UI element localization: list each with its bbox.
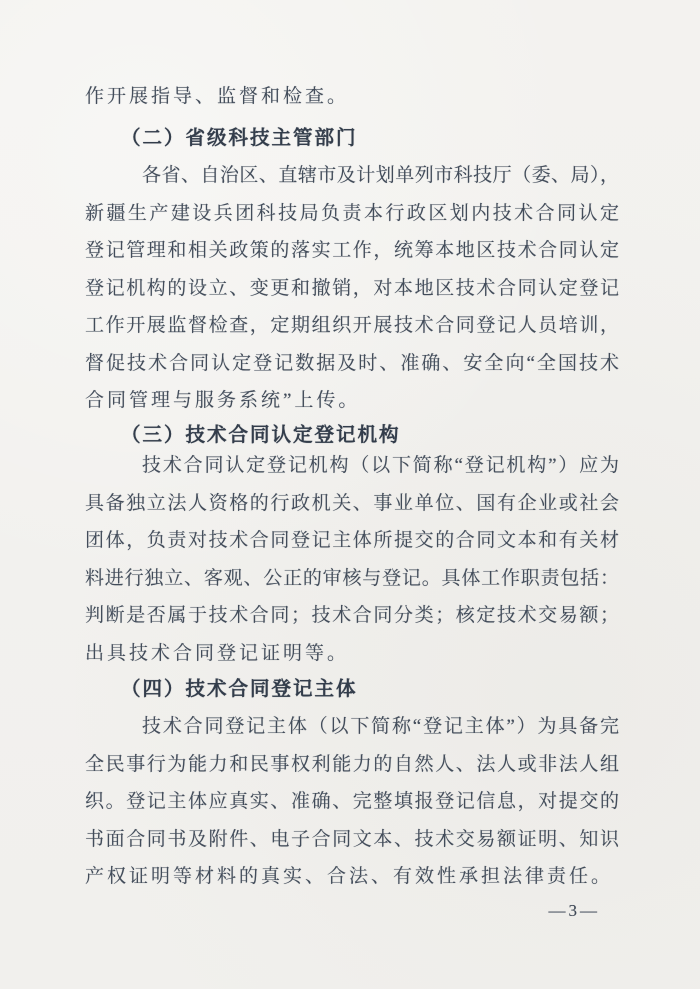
document-page: 作开展指导、监督和检查。 （二）省级科技主管部门 各省、自治区、直辖市及计划单列… <box>0 0 700 989</box>
paragraph-line: 全民事行为能力和民事权利能力的自然人、法人或非法人组 <box>85 752 619 778</box>
paragraph-line: 具备独立法人资格的行政机关、事业单位、国有企业或社会 <box>85 491 619 517</box>
paragraph-line: 技术合同认定登记机构（以下简称“登记机构”）应为 <box>85 453 619 479</box>
paragraph-line: 料进行独立、客观、公正的审核与登记。具体工作职责包括： <box>85 566 619 592</box>
paragraph-line: 技术合同登记主体（以下简称“登记主体”）为具备完 <box>85 714 619 740</box>
section-heading-4: （四）技术合同登记主体 <box>121 677 621 703</box>
paragraph-line: 登记机构的设立、变更和撤销，对本地区技术合同认定登记 <box>85 276 619 302</box>
paragraph-line: 织。登记主体应真实、准确、完整填报登记信息，对提交的 <box>85 789 619 815</box>
paragraph-line: 督促技术合同认定登记数据及时、准确、安全向“全国技术 <box>85 351 619 377</box>
paragraph-line: 判断是否属于技术合同；技术合同分类；核定技术交易额； <box>85 603 619 629</box>
paragraph-line: 各省、自治区、直辖市及计划单列市科技厅（委、局）， <box>85 163 619 189</box>
paragraph-line: 团体，负责对技术合同登记主体所提交的合同文本和有关材 <box>85 528 619 554</box>
section-heading-2: （二）省级科技主管部门 <box>121 126 621 152</box>
paragraph-end-line: 产权证明等材料的真实、合法、有效性承担法律责任。 <box>85 864 619 890</box>
page-number: —3— <box>549 901 601 921</box>
paragraph-line: 新疆生产建设兵团科技局负责本行政区划内技术合同认定 <box>85 201 619 227</box>
paragraph-end-line: 出具技术合同登记证明等。 <box>85 641 619 667</box>
paragraph-line: 工作开展监督检查，定期组织开展技术合同登记人员培训， <box>85 313 619 339</box>
paragraph-line: 书面合同书及附件、电子合同文本、技术交易额证明、知识 <box>85 827 619 853</box>
paragraph-end-line: 合同管理与服务系统”上传。 <box>85 388 619 414</box>
section-heading-3: （三）技术合同认定登记机构 <box>121 423 621 449</box>
paragraph-continuation-line: 作开展指导、监督和检查。 <box>85 84 619 110</box>
paragraph-line: 登记管理和相关政策的落实工作，统筹本地区技术合同认定 <box>85 238 619 264</box>
